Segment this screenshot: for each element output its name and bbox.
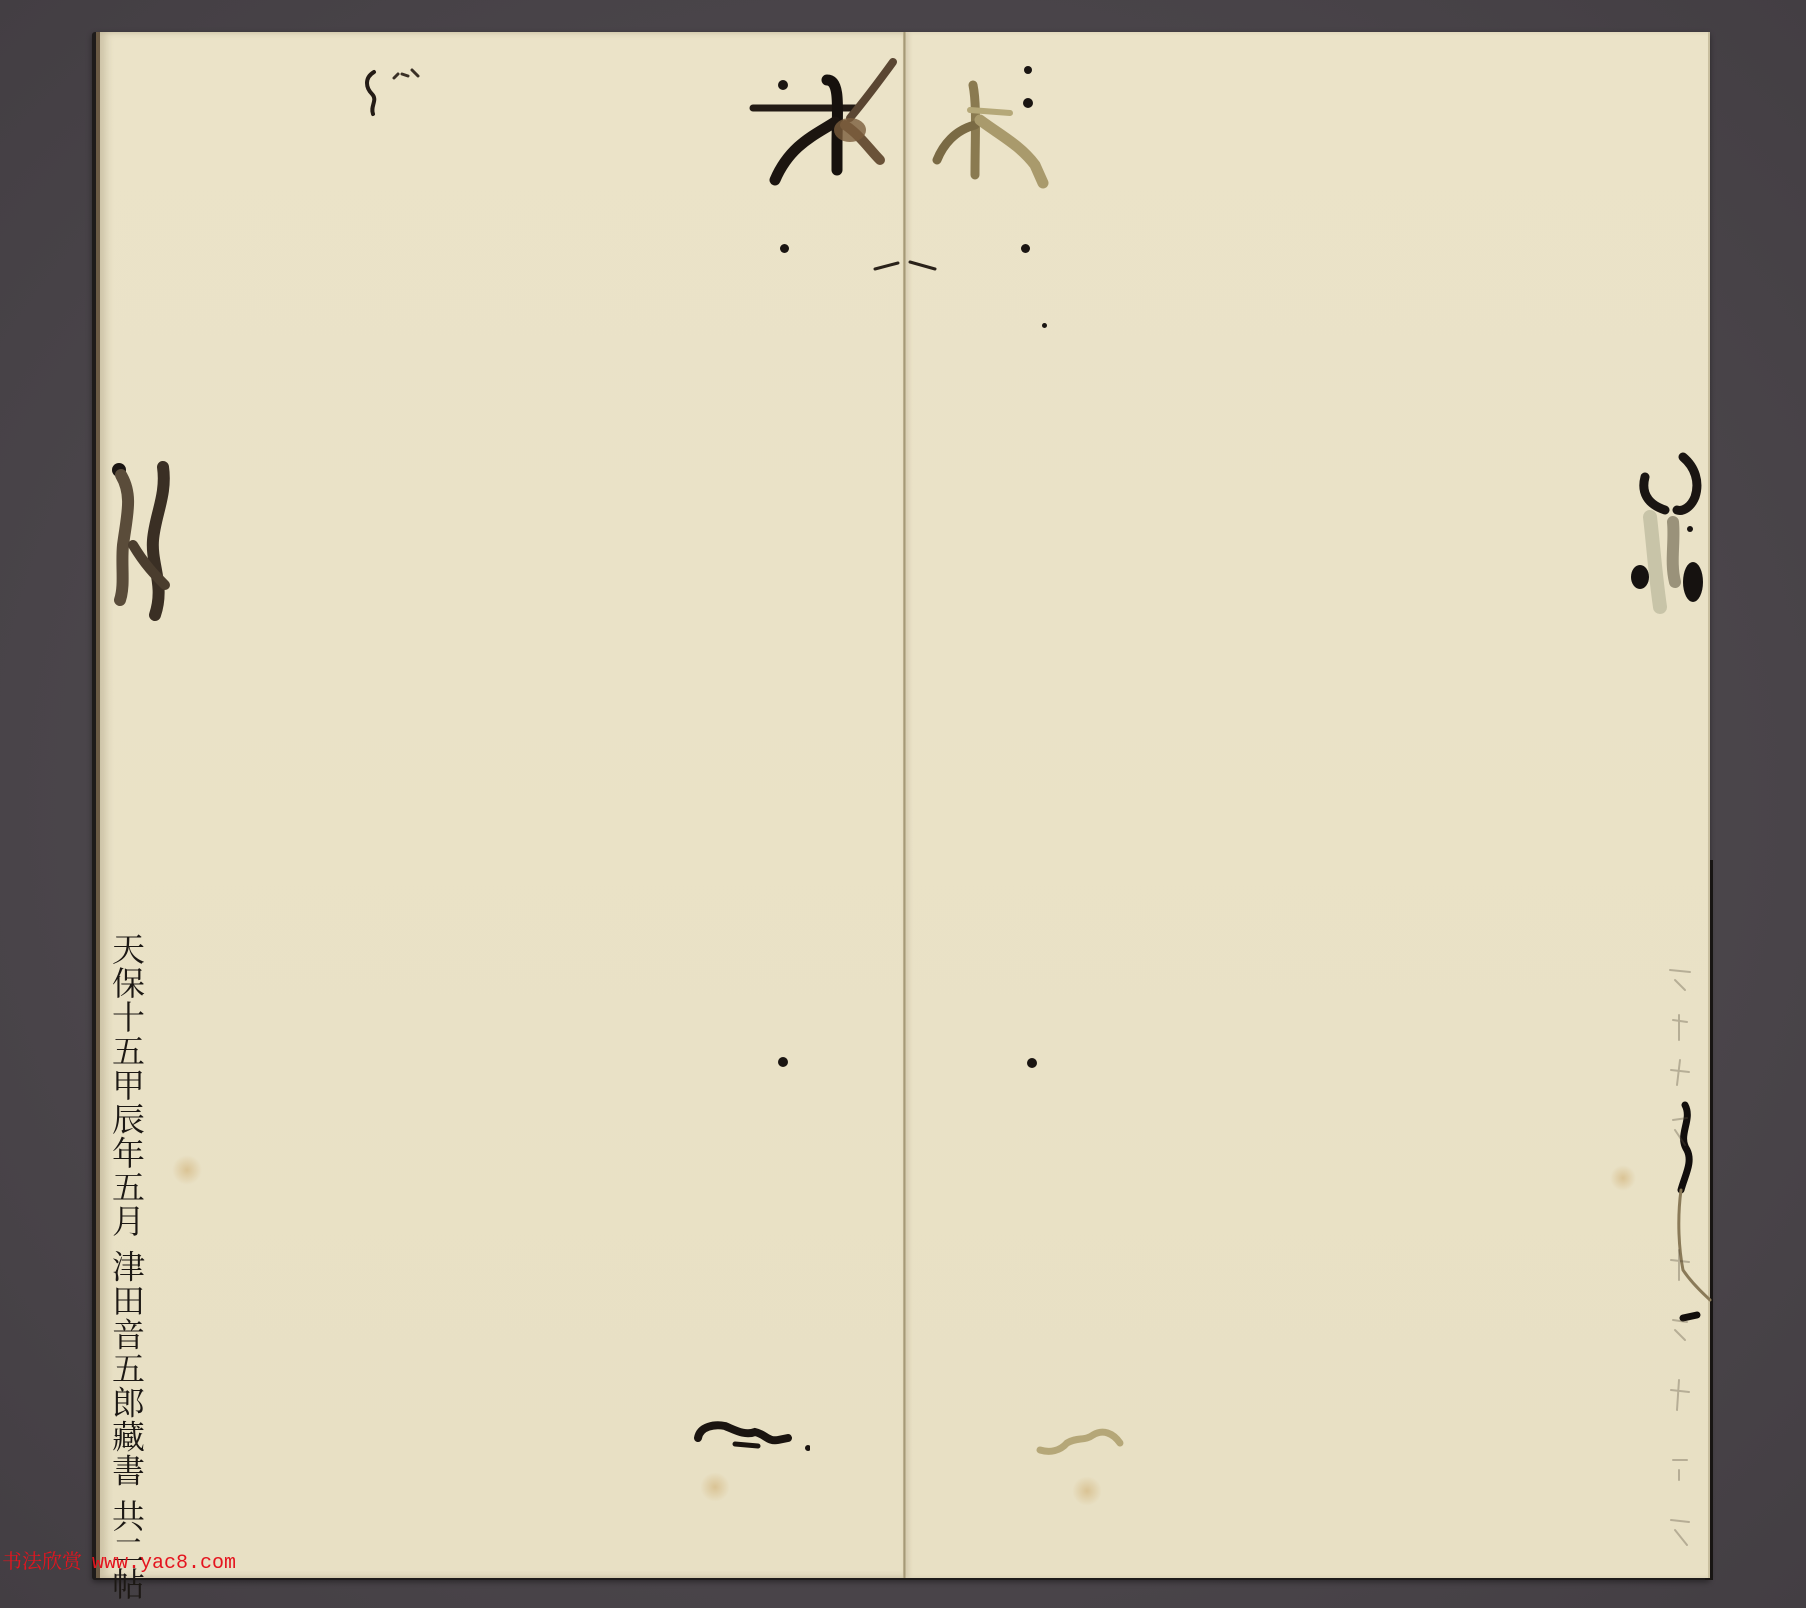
ink-offset-blot-right: [1625, 432, 1715, 622]
ink-offset-blot-left: [105, 455, 185, 630]
ink-stroke-pair: [870, 255, 940, 275]
ink-dot: [1027, 1058, 1037, 1068]
foxing-stain: [1072, 1476, 1102, 1506]
left-page: [96, 32, 908, 1578]
margin-note-mark: [360, 60, 430, 120]
watermark-url[interactable]: www.yac8.com: [92, 1552, 236, 1575]
foxing-stain: [700, 1472, 730, 1502]
watermark-label: 书法欣赏: [2, 1549, 82, 1573]
ink-dot: [778, 1057, 788, 1067]
mirrored-inscription-offset: [1665, 960, 1695, 1560]
foxing-stain: [1610, 1165, 1636, 1191]
ink-wave-stroke-left: [690, 1418, 810, 1458]
ink-offset-character-right: [925, 65, 1065, 195]
site-watermark: 书法欣赏www.yac8.com: [2, 1545, 236, 1575]
ownership-inscription: 天保十五甲辰年五月 津田音五郎藏書 共二帖: [104, 932, 148, 1601]
foxing-stain: [172, 1155, 202, 1185]
ink-offset-character-left: [745, 50, 905, 190]
ink-dot: [1021, 244, 1030, 253]
ink-dot: [780, 244, 789, 253]
ink-dot: [1042, 323, 1047, 328]
ink-wave-stroke-right: [1035, 1425, 1125, 1460]
right-page: [906, 32, 1710, 1578]
